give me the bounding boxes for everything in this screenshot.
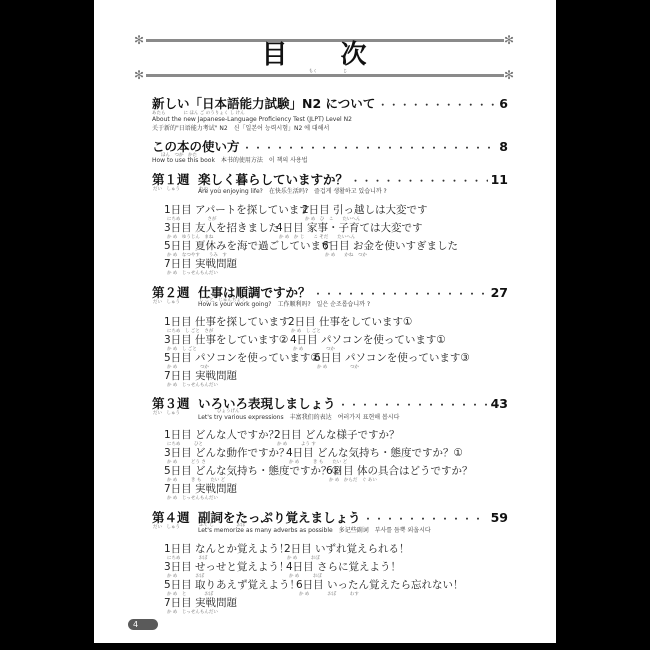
day-label: 3日目	[164, 222, 192, 234]
day-item[interactable]: 1日目 アパートを探しています	[164, 204, 310, 217]
day-item[interactable]: 6日目 体の具合はどうですか？	[326, 465, 473, 478]
day-label: 3日目	[164, 561, 192, 573]
day-item[interactable]: 5日目 パソコンを使っています②	[164, 352, 320, 365]
entry-page: 8	[499, 139, 508, 154]
day-label: 6日目	[314, 352, 342, 364]
day-label: 4日目	[286, 447, 314, 459]
day-label: 7日目	[164, 258, 192, 270]
day-item[interactable]: 5日目 夏休みを海で過ごしています	[164, 240, 332, 253]
day-label: 7日目	[164, 597, 192, 609]
day-label: 5日目	[164, 240, 192, 252]
day-item[interactable]: 4日目 さらに覚えよう！	[286, 561, 401, 574]
week-subtitle: Let's memorize as many adverbs as possib…	[198, 527, 431, 535]
week-label-ruby: だい しゅう	[153, 300, 180, 305]
day-ruby: か め じっせんもんだい	[167, 271, 218, 276]
week-label: 第３週	[152, 396, 198, 411]
day-ruby: か め じっせんもんだい	[167, 383, 218, 388]
week-label-ruby: だい しゅう	[153, 411, 180, 416]
week-heading: 第３週いろいろ表現しましょう	[152, 396, 336, 411]
week-page: 43	[491, 396, 508, 411]
day-label: 6日目	[322, 240, 350, 252]
day-title: せっせと覚えよう！	[195, 561, 289, 573]
day-title: パソコンを使っています③	[345, 352, 470, 364]
day-item[interactable]: 6日目 いったん覚えたら忘れない！	[296, 579, 464, 592]
page-title: 目 次	[94, 40, 556, 70]
day-title: 仕事をしています②	[195, 334, 288, 346]
day-label: 4日目	[276, 222, 304, 234]
day-label: 4日目	[286, 561, 314, 573]
day-item[interactable]: 7日目 実戦問題	[164, 258, 237, 271]
day-title: 取りあえず覚えよう！	[195, 579, 300, 591]
day-label: 7日目	[164, 370, 192, 382]
toc-page: ✻ ✻ 目 次 もく じ ✻ ✻ 新しい「日本語能力試験」N2 について ・・・…	[94, 0, 556, 643]
day-item[interactable]: 7日目 実戦問題	[164, 597, 237, 610]
day-item[interactable]: 2日目 仕事をしています①	[288, 316, 412, 329]
day-label: 6日目	[326, 465, 354, 477]
day-title: 仕事をしています①	[319, 316, 412, 328]
week-page: 11	[491, 172, 508, 187]
day-ruby: か め からだ ぐ あい	[329, 478, 377, 483]
day-label: 2日目	[288, 316, 316, 328]
day-label: 3日目	[164, 447, 192, 459]
day-title: どんな気持ち・態度ですか？①	[317, 447, 463, 459]
asterisk-icon: ✻	[504, 69, 514, 81]
day-item[interactable]: 5日目 どんな気持ち・態度ですか？②	[164, 465, 341, 478]
toc-entry-how-to-use[interactable]: この本の使い方 ・・・・・・・・・・・・・・・・・・・・・・・・・・・・・・・・…	[152, 139, 508, 157]
week-subtitle: Let's try various expressions 丰富我们的表达 여러…	[198, 414, 399, 422]
leader-dots: ・・・・・・・・・・・・・・・・・・・・・・・・・・・・・・・・・・・・・・・・	[378, 99, 496, 114]
day-title: どんな動作ですか？	[195, 447, 290, 459]
day-label: 2日目	[284, 543, 312, 555]
leader-dots: ・・・・・・・・・・・・・・・・・・・・・・・・・・・・・・・・・・・・・・・・	[339, 399, 488, 414]
entry-title: 新しい「日本語能力試験」N2 について	[152, 96, 375, 111]
day-title: アパートを探しています	[195, 204, 310, 216]
day-item[interactable]: 5日目 取りあえず覚えよう！	[164, 579, 300, 592]
day-item[interactable]: 3日目 仕事をしています②	[164, 334, 288, 347]
day-ruby: か め つか	[317, 365, 359, 370]
entry-subtitle: How to use this book 本书的使用方法 이 책의 사용법	[152, 157, 308, 165]
title-ruby: じ	[343, 68, 347, 73]
day-label: 3日目	[164, 334, 192, 346]
day-title: 夏休みを海で過ごしています	[195, 240, 332, 252]
day-title: どんな様子ですか？	[305, 429, 400, 441]
entry-subtitle-zh-ko: 关于新的"日语能力考试" N2 신「일본어 능력시험」N2 에 대해서	[152, 125, 329, 133]
day-title: 引っ越しは大変です	[333, 204, 428, 216]
week-label-ruby: だい しゅう	[153, 187, 180, 192]
day-label: 1日目	[164, 316, 192, 328]
day-item[interactable]: 3日目 どんな動作ですか？	[164, 447, 290, 460]
day-label: 2日目	[302, 204, 330, 216]
day-title: パソコンを使っています②	[195, 352, 320, 364]
day-title: いったん覚えたら忘れない！	[327, 579, 464, 591]
day-item[interactable]: 1日目 仕事を探しています	[164, 316, 290, 329]
entry-page: 6	[499, 96, 508, 111]
day-item[interactable]: 1日目 なんとか覚えよう！	[164, 543, 290, 556]
day-ruby: か め じっせんもんだい	[167, 496, 218, 501]
week-page: 27	[491, 285, 508, 300]
day-title: 友人を招きました	[195, 222, 279, 234]
week-subtitle: How is your work going? 工作顺利吗? 일은 순조롭습니까…	[198, 301, 370, 309]
day-label: 6日目	[296, 579, 324, 591]
leader-dots: ・・・・・・・・・・・・・・・・・・・・・・・・・・・・・・・・・・・・・・・・	[243, 142, 497, 157]
day-ruby: か め じっせんもんだい	[167, 610, 218, 615]
day-label: 4日目	[290, 334, 318, 346]
day-title: 家事・子育ては大変です	[307, 222, 423, 234]
asterisk-icon: ✻	[134, 69, 144, 81]
day-item[interactable]: 3日目 せっせと覚えよう！	[164, 561, 289, 574]
day-item[interactable]: 4日目 パソコンを使っています①	[290, 334, 446, 347]
entry-subtitle-en: About the new Japanese-Language Proficie…	[152, 116, 352, 124]
day-item[interactable]: 2日目 どんな様子ですか？	[274, 429, 400, 442]
day-title: 実戦問題	[195, 597, 237, 609]
day-item[interactable]: 2日目 いずれ覚えられる！	[284, 543, 410, 556]
day-label: 5日目	[164, 465, 192, 477]
day-title: 仕事を探しています	[195, 316, 290, 328]
day-title: 実戦問題	[195, 258, 237, 270]
page-number-badge: 4	[128, 619, 158, 630]
leader-dots: ・・・・・・・・・・・・・・・・・・・・・・・・・・・・・・・・・・・・・・・・	[364, 513, 488, 528]
day-title: 実戦問題	[195, 370, 237, 382]
day-item[interactable]: 3日目 友人を招きました	[164, 222, 279, 235]
day-item[interactable]: 1日目 どんな人ですか？	[164, 429, 279, 442]
day-label: 5日目	[164, 579, 192, 591]
day-item[interactable]: 7日目 実戦問題	[164, 483, 237, 496]
day-item[interactable]: 6日目 パソコンを使っています③	[314, 352, 470, 365]
week-heading: 第４週副詞をたっぷり覚えましょう	[152, 510, 361, 525]
day-item[interactable]: 4日目 どんな気持ち・態度ですか？①	[286, 447, 463, 460]
day-item[interactable]: 7日目 実戦問題	[164, 370, 237, 383]
day-label: 1日目	[164, 204, 192, 216]
header-rule-bottom	[146, 74, 504, 77]
day-title: どんな人ですか？	[195, 429, 279, 441]
week-label: 第４週	[152, 510, 198, 525]
entry-title: この本の使い方	[152, 139, 240, 154]
title-ruby: もく	[309, 68, 317, 73]
week-heading: 第１週楽しく暮らしていますか？	[152, 172, 348, 187]
week-subtitle: Are you enjoying life? 在快乐生活吗? 즐겁게 생활하고 …	[198, 188, 387, 196]
day-item[interactable]: 4日目 家事・子育ては大変です	[276, 222, 423, 235]
day-label: 7日目	[164, 483, 192, 495]
week-page: 59	[491, 510, 508, 525]
day-title: パソコンを使っています①	[321, 334, 446, 346]
day-label: 1日目	[164, 429, 192, 441]
day-title: 実戦問題	[195, 483, 237, 495]
day-title: なんとか覚えよう！	[195, 543, 290, 555]
day-label: 5日目	[164, 352, 192, 364]
week-label-ruby: だい しゅう	[153, 525, 180, 530]
day-item[interactable]: 6日目 お金を使いすぎました	[322, 240, 458, 253]
day-title: さらに覚えよう！	[317, 561, 401, 573]
day-title: いずれ覚えられる！	[315, 543, 410, 555]
day-title: お金を使いすぎました	[353, 240, 458, 252]
day-label: 2日目	[274, 429, 302, 441]
day-title: 体の具合はどうですか？	[357, 465, 473, 477]
day-item[interactable]: 2日目 引っ越しは大変です	[302, 204, 428, 217]
week-title: 楽しく暮らしていますか？	[198, 172, 348, 187]
day-label: 1日目	[164, 543, 192, 555]
week-label: 第１週	[152, 172, 198, 187]
week-label: 第２週	[152, 285, 198, 300]
day-title: どんな気持ち・態度ですか？②	[195, 465, 341, 477]
day-ruby: か め かね つか	[325, 253, 367, 258]
day-ruby: か め おぼ わす	[299, 592, 359, 597]
